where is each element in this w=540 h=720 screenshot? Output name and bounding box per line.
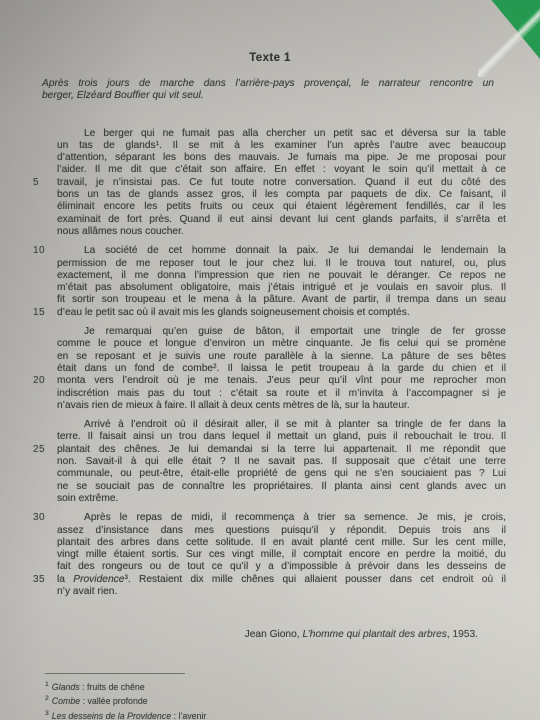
text-line: 35la Providence³. Restaient dix mille ch…	[0, 574, 540, 586]
paragraph: Arrivé à l’endroit où il désirait aller,…	[0, 419, 540, 505]
text-line: communale, ou peut-être, était-elle prop…	[0, 468, 540, 480]
text-line: non. Savait-il à qui elle était ? Il ne …	[0, 456, 540, 468]
footnotes: 1Glands : fruits de chêne 2Combe : vallé…	[45, 679, 540, 720]
text-line: terre. Il faisait ainsi un trou dans leq…	[0, 431, 540, 443]
line-number	[33, 431, 57, 443]
text-line: m’était pas absolument obligatoire, mais…	[0, 282, 540, 294]
text-line: n’avais rien de mieux à faire. Il allait…	[0, 400, 540, 412]
text-line: comme le pouce et longue d’environ un mè…	[0, 338, 540, 350]
text-body: Le berger qui ne fumait pas alla cherche…	[0, 128, 540, 599]
line-number	[33, 282, 57, 294]
footnote-rule	[45, 673, 185, 674]
footnote: 1Glands : fruits de chêne	[45, 679, 540, 693]
line-number	[33, 270, 57, 282]
text-line: éliminait encore les petits fruits ou ce…	[0, 201, 540, 213]
line-number	[33, 326, 57, 338]
text-line: un tas de glands¹. Il se mit à les exami…	[0, 140, 540, 152]
paragraph: 10La société de cet homme donnait la pai…	[0, 245, 540, 319]
text-line: fait des rongeurs ou de tout ce qu’il y …	[0, 561, 540, 573]
text-line: Le berger qui ne fumait pas alla cherche…	[0, 128, 540, 140]
line-number: 15	[33, 307, 57, 319]
footnote-marker: 1	[45, 681, 49, 688]
footnote-definition: : fruits de chêne	[80, 682, 145, 692]
text-line: 30Après le repas de midi, il recommença …	[0, 512, 540, 524]
footnote: 2Combe : vallée profonde	[45, 693, 540, 707]
text-line: berger, Elzéard Bouffier qui vit seul.	[42, 90, 494, 102]
text-line: assez d’insistance dans mes questions pu…	[0, 525, 540, 537]
text-line: l’aider. Il me dit que c’était son affai…	[0, 164, 540, 176]
line-number: 35	[33, 574, 57, 586]
line-number	[33, 400, 57, 412]
paragraph: Je remarquai qu’en guise de bâton, il em…	[0, 326, 540, 412]
text-line: 5travail, je n’insistai pas. Ce fut tout…	[0, 177, 540, 189]
text-line: plantait des arbres dans cette solitude.…	[0, 537, 540, 549]
line-number	[33, 152, 57, 164]
line-number	[33, 586, 57, 598]
line-number	[33, 258, 57, 270]
line-number	[33, 525, 57, 537]
line-number	[33, 338, 57, 350]
line-number	[33, 537, 57, 549]
line-number: 25	[33, 444, 57, 456]
line-number	[33, 294, 57, 306]
footnote-definition: : vallée profonde	[80, 696, 148, 706]
line-number	[33, 201, 57, 213]
line-number	[33, 363, 57, 375]
line-number	[33, 351, 57, 363]
text-line: bons un tas de glands assez gros, il les…	[0, 189, 540, 201]
text-line: fit sortir son troupeau et le mena à la …	[0, 294, 540, 306]
line-number	[33, 481, 57, 493]
text-line: Arrivé à l’endroit où il désirait aller,…	[0, 419, 540, 431]
paragraph: Le berger qui ne fumait pas alla cherche…	[0, 128, 540, 239]
text-line: indiscrétion mais pas du tout : c’était …	[0, 388, 540, 400]
paragraph: 30Après le repas de midi, il recommença …	[0, 512, 540, 598]
line-number	[33, 419, 57, 431]
intro-text: Après trois jours de marche dans l’arriè…	[42, 78, 494, 103]
attribution: Jean Giono, L’homme qui plantait des arb…	[0, 629, 540, 640]
text-line: vingt mille étaient sortis. Sur ces ving…	[0, 549, 540, 561]
text-line: examinait de fort près. Quand il eut ain…	[0, 214, 540, 226]
text-line: Après trois jours de marche dans l’arriè…	[42, 78, 494, 90]
footnote-term: Les desseins de la Providence	[52, 710, 171, 720]
footnote-term: Glands	[52, 682, 80, 692]
text-line: exactement, il me donna l’impression que…	[0, 270, 540, 282]
text-line: d’attention, séparant les bons des mauva…	[0, 152, 540, 164]
attribution-author: Jean Giono,	[245, 629, 303, 640]
text-line: Je remarquai qu’en guise de bâton, il em…	[0, 326, 540, 338]
text-line: 10La société de cet homme donnait la pai…	[0, 245, 540, 257]
footnote-term: Combe	[52, 696, 80, 706]
line-number: 5	[33, 177, 57, 189]
document-page: Texte 1 Après trois jours de marche dans…	[0, 0, 540, 720]
line-number	[33, 226, 57, 238]
text-line: n’y avait rien.	[0, 586, 540, 598]
text-line: était dans un fond de combe². Il laissa …	[0, 363, 540, 375]
line-number	[33, 128, 57, 140]
line-number	[33, 468, 57, 480]
line-number	[33, 493, 57, 505]
line-number	[33, 456, 57, 468]
footnote: 3Les desseins de la Providence : l’aveni…	[45, 708, 540, 720]
attribution-work-title: L’homme qui plantait des arbres	[302, 629, 446, 640]
line-number	[33, 164, 57, 176]
page-title: Texte 1	[40, 52, 500, 64]
attribution-year: , 1953.	[447, 629, 478, 640]
line-number	[33, 214, 57, 226]
text-line: soin extrême.	[0, 493, 540, 505]
footnote-marker: 2	[45, 695, 49, 702]
footnote-marker: 3	[45, 710, 49, 717]
text-line: 25plantait des chênes. Je lui demandai s…	[0, 444, 540, 456]
text-line: 15d’eau le petit sac où il avait mis les…	[0, 307, 540, 319]
text-line: 20monta vers l’endroit où je me tenais. …	[0, 375, 540, 387]
photo-frame: Texte 1 Après trois jours de marche dans…	[0, 0, 540, 720]
footnote-definition: : l’avenir	[171, 710, 206, 720]
line-number	[33, 140, 57, 152]
text-line: ne se souciait pas de connaître les prop…	[0, 481, 540, 493]
line-number: 30	[33, 512, 57, 524]
line-number	[33, 189, 57, 201]
text-line: permission de me reposer tout le jour ch…	[0, 258, 540, 270]
line-number: 10	[33, 245, 57, 257]
line-number	[33, 388, 57, 400]
line-number	[33, 561, 57, 573]
text-line: en se reposant et je suivis une route pa…	[0, 351, 540, 363]
line-number: 20	[33, 375, 57, 387]
line-number	[33, 549, 57, 561]
text-line: nous allâmes nous coucher.	[0, 226, 540, 238]
